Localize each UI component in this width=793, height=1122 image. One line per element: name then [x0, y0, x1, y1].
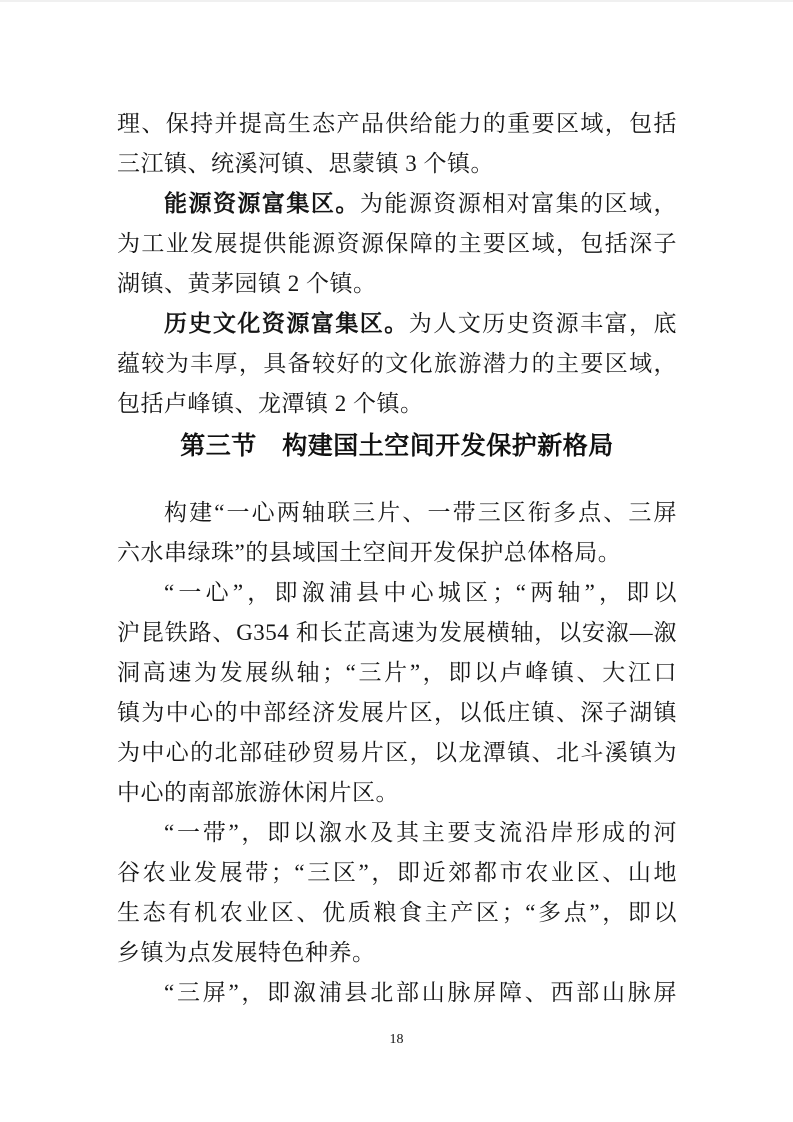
text-run: 为能源资源相对富集的区域， [360, 191, 677, 216]
text-line: 生态有机农业区、优质粮食主产区；“多点”，即以 [117, 893, 677, 933]
document-page: 理、保持并提高生态产品供给能力的重要区域，包括 三江镇、统溪河镇、思蒙镇 3 个… [0, 0, 793, 1122]
text-line: 为中心的北部硅砂贸易片区，以龙潭镇、北斗溪镇为 [117, 733, 677, 773]
text-line: 为工业发展提供能源资源保障的主要区域，包括深子 [117, 224, 677, 264]
text-line: 蕴较为丰厚，具备较好的文化旅游潜力的主要区域， [117, 344, 677, 384]
text-line: 三江镇、统溪河镇、思蒙镇 3 个镇。 [117, 144, 677, 184]
text-line: 沪昆铁路、G354 和长芷高速为发展横轴，以安溆—溆 [117, 613, 677, 653]
text-line: 构建“一心两轴联三片、一带三区衔多点、三屏 [117, 493, 677, 533]
text-line: “一心”，即溆浦县中心城区；“两轴”，即以 [117, 573, 677, 613]
page-number: 18 [0, 1030, 793, 1050]
text-line: 湖镇、黄茅园镇 2 个镇。 [117, 264, 677, 304]
text-line: 镇为中心的中部经济发展片区，以低庄镇、深子湖镇 [117, 693, 677, 733]
text-line: 六水串绿珠”的县域国土空间开发保护总体格局。 [117, 533, 677, 573]
text-line: 包括卢峰镇、龙潭镇 2 个镇。 [117, 384, 677, 424]
text-line: 历史文化资源富集区。为人文历史资源丰富，底 [117, 304, 677, 344]
bold-lead-text: 历史文化资源富集区。 [164, 311, 409, 336]
text-line: “三屏”，即溆浦县北部山脉屏障、西部山脉屏 [117, 973, 677, 1013]
text-line: “一带”，即以溆水及其主要支流沿岸形成的河 [117, 813, 677, 853]
text-line: 能源资源富集区。为能源资源相对富集的区域， [117, 184, 677, 224]
text-line: 理、保持并提高生态产品供给能力的重要区域，包括 [117, 104, 677, 144]
text-line: 中心的南部旅游休闲片区。 [117, 773, 677, 813]
text-line: 乡镇为点发展特色种养。 [117, 933, 677, 973]
section-heading: 第三节 构建国土空间开发保护新格局 [117, 424, 677, 468]
text-line: 洞高速为发展纵轴；“三片”，即以卢峰镇、大江口 [117, 653, 677, 693]
text-line: 谷农业发展带；“三区”，即近郊都市农业区、山地 [117, 853, 677, 893]
text-run: 为人文历史资源丰富，底 [409, 311, 677, 336]
bold-lead-text: 能源资源富集区。 [164, 191, 360, 216]
body-text: 理、保持并提高生态产品供给能力的重要区域，包括 三江镇、统溪河镇、思蒙镇 3 个… [117, 104, 677, 1013]
